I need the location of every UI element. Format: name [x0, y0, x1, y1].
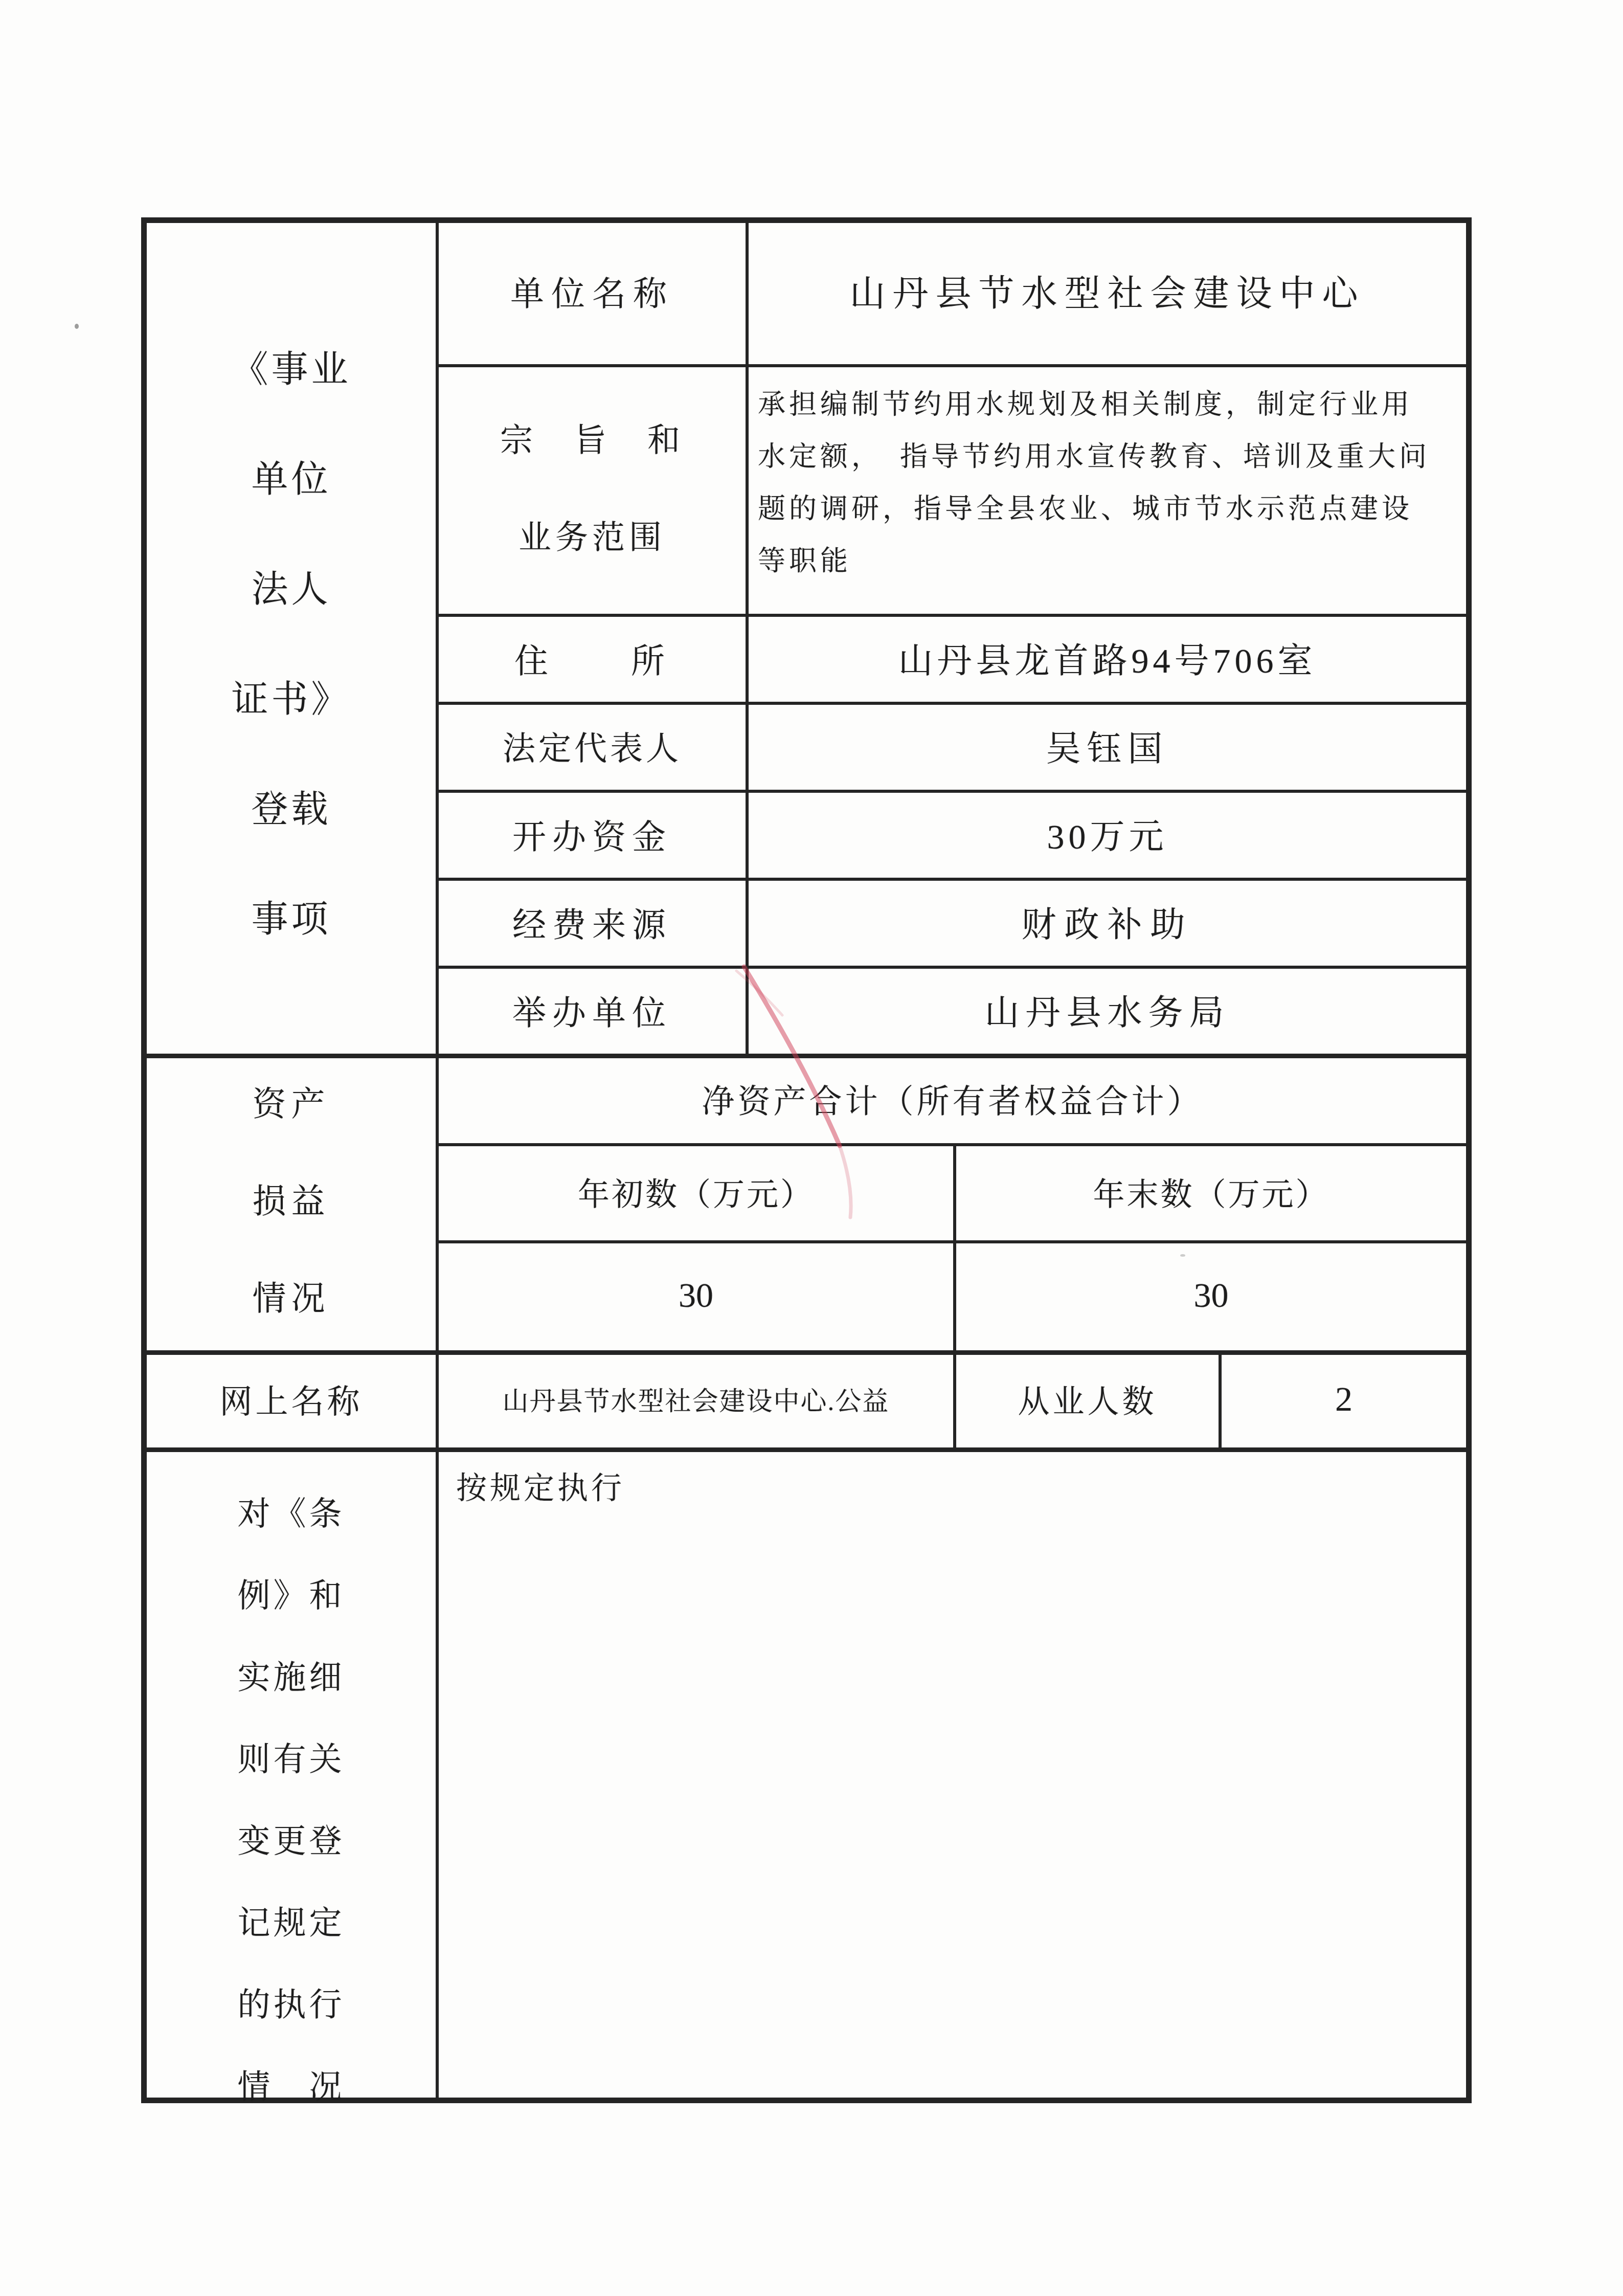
staff-count-label: 从业人数 [956, 1350, 1219, 1447]
year-end-label: 年末数（万元） [956, 1143, 1466, 1240]
registered-capital-label: 开办资金 [439, 790, 746, 878]
certificate-side-label: 《事业 单位 法人 证书》 登载 事项 [147, 246, 436, 1043]
online-name-value: 山丹县节水型社会建设中心.公益 [439, 1350, 953, 1447]
unit-name-label: 单位名称 [439, 217, 746, 364]
staff-count-value: 2 [1222, 1350, 1466, 1447]
mission-value: 承担编制节约用水规划及相关制度，制定行业用 水定额， 指导节约用水宣传教育、培训… [758, 378, 1469, 609]
organizer-value: 山丹县水务局 [749, 966, 1466, 1054]
mission-label: 宗 旨 和 业务范围 [439, 364, 746, 614]
organizer-label: 举办单位 [439, 966, 746, 1054]
scanned-form-page: 《事业 单位 法人 证书》 登载 事项 单位名称 山丹县节水型社会建设中心 宗 … [0, 0, 1623, 2296]
funding-source-label: 经费来源 [439, 878, 746, 966]
address-label: 住 所 [439, 614, 746, 702]
funding-source-value: 财政补助 [749, 878, 1466, 966]
year-start-value: 30 [439, 1240, 953, 1350]
compliance-value: 按规定执行 [456, 1464, 1428, 1535]
online-name-label: 网上名称 [147, 1350, 436, 1447]
address-value: 山丹县龙首路94号706室 [749, 614, 1466, 702]
table-border-left [141, 217, 147, 2103]
assets-side-label: 资产 损益 情况 [147, 1054, 436, 1350]
scan-speck [75, 324, 79, 329]
year-start-label: 年初数（万元） [439, 1143, 953, 1240]
year-end-value: 30 [956, 1240, 1466, 1350]
legal-representative-value: 吴钰国 [749, 702, 1466, 790]
unit-name-value: 山丹县节水型社会建设中心 [749, 217, 1466, 364]
registered-capital-value: 30万元 [749, 790, 1466, 878]
net-assets-header: 净资产合计（所有者权益合计） [439, 1054, 1466, 1143]
legal-representative-label: 法定代表人 [439, 702, 746, 790]
grid-hline-section-compliance [141, 1447, 1472, 1452]
compliance-side-label: 对《条 例》和 实施细 则有关 变更登 记规定 的执行 情 况 [147, 1473, 436, 2092]
scan-speck [1180, 1254, 1185, 1257]
